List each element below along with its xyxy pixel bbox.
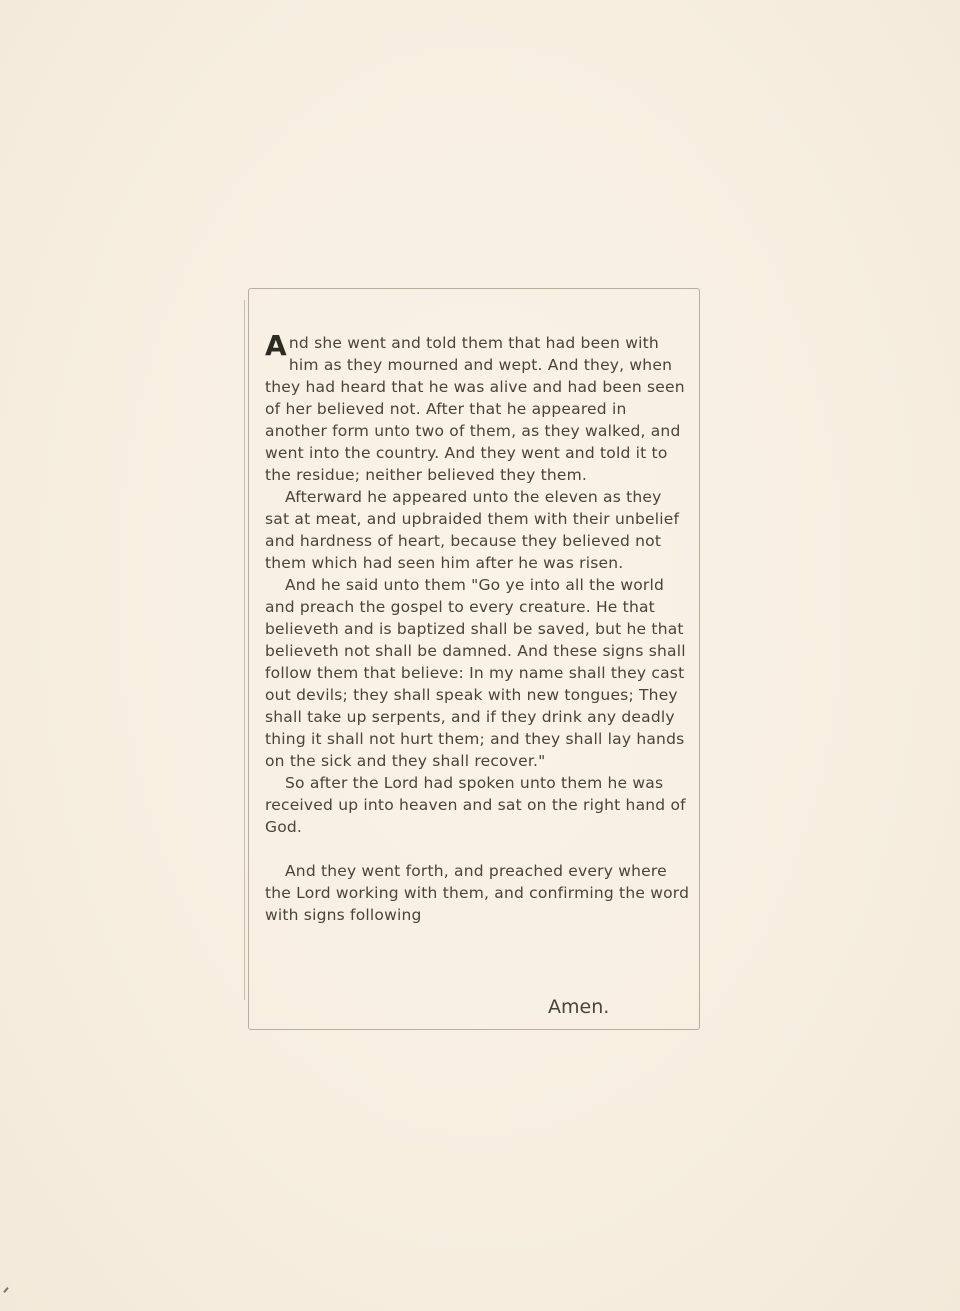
manuscript-text: And she went and told them that had been… [265,332,690,926]
paragraph-1-text: nd she went and told them that had been … [265,334,685,484]
paragraph-gap [265,838,690,860]
pencil-margin-line [244,300,245,1000]
closing-amen: Amen. [548,996,609,1018]
paragraph-1: And she went and told them that had been… [265,332,690,486]
paragraph-3: And he said unto them "Go ye into all th… [265,574,690,772]
drop-cap: A [265,336,287,356]
paragraph-5: And they went forth, and preached every … [265,860,690,926]
paragraph-2: Afterward he appeared unto the eleven as… [265,486,690,574]
paragraph-4: So after the Lord had spoken unto them h… [265,772,690,838]
